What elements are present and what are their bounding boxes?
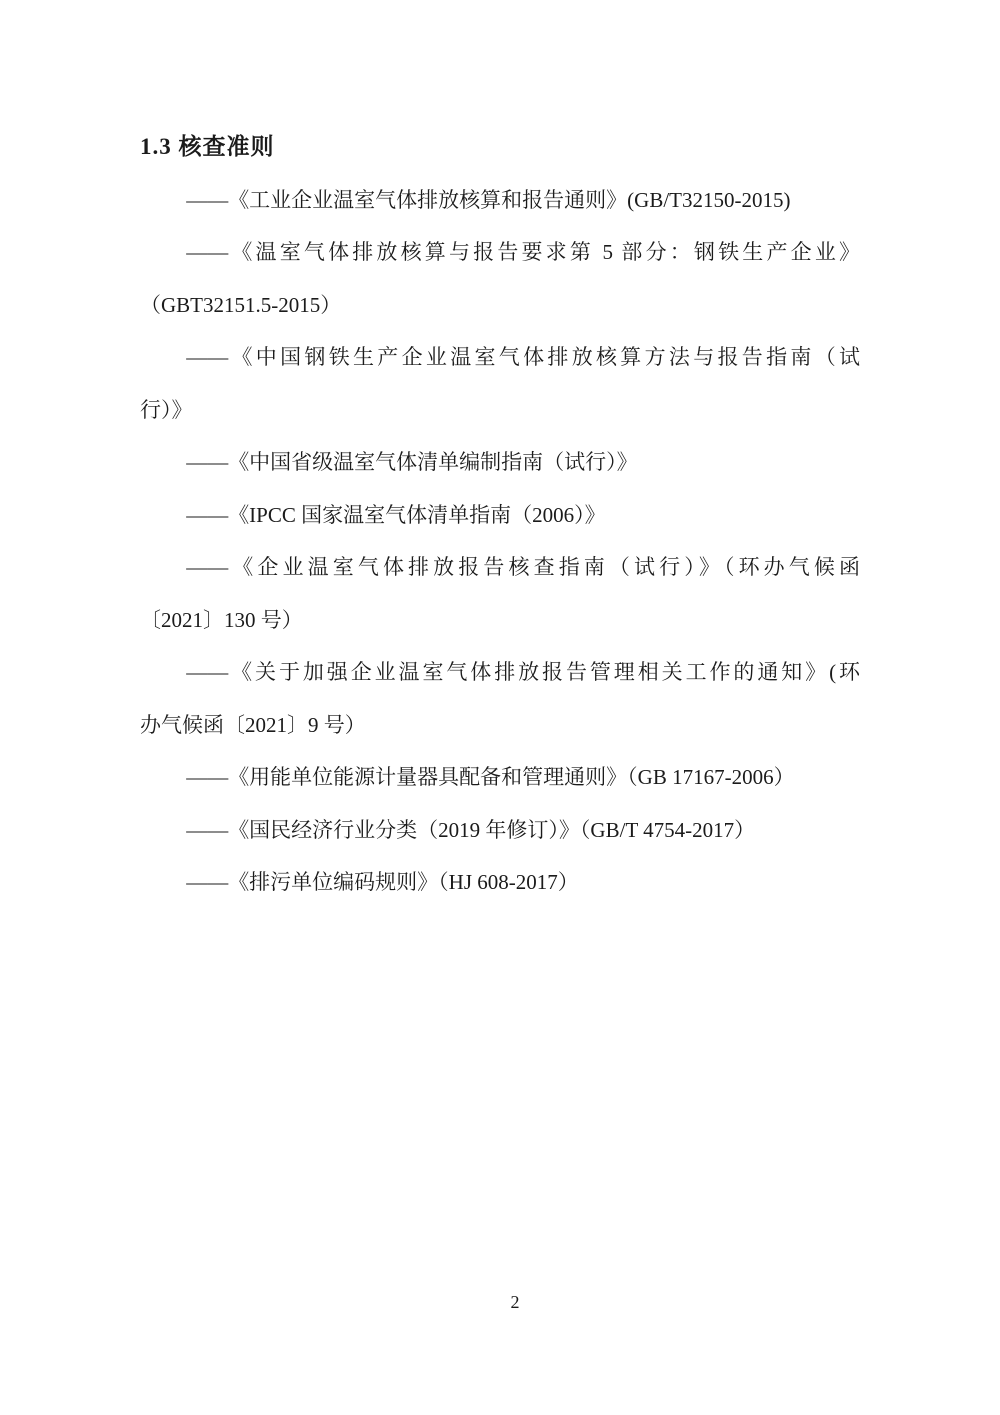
reference-line: ——《IPCC 国家温室气体清单指南（2006）》	[140, 489, 860, 542]
reference-line: ——《排污单位编码规则》（HJ 608-2017）	[140, 856, 860, 909]
reference-line: ——《企业温室气体排放报告核查指南（试行）》（环办气候函	[140, 541, 860, 594]
reference-line: ——《温室气体排放核算与报告要求第 5 部分：钢铁生产企业》	[140, 226, 860, 279]
reference-line: ——《工业企业温室气体排放核算和报告通则》(GB/T32150-2015)	[140, 174, 860, 227]
reference-line: ——《用能单位能源计量器具配备和管理通则》（GB 17167-2006）	[140, 751, 860, 804]
reference-line: 办气候函〔2021〕9 号）	[140, 699, 860, 752]
reference-line: ——《中国省级温室气体清单编制指南（试行）》	[140, 436, 860, 489]
reference-line: （GBT32151.5-2015）	[140, 279, 860, 332]
reference-line: 行）》	[140, 384, 860, 437]
document-page: 1.3 核查准则 ——《工业企业温室气体排放核算和报告通则》(GB/T32150…	[0, 0, 1000, 1415]
page-number: 2	[511, 1292, 520, 1312]
reference-line: ——《中国钢铁生产企业温室气体排放核算方法与报告指南（试	[140, 331, 860, 384]
section-heading: 1.3 核查准则	[140, 121, 860, 174]
reference-list: ——《工业企业温室气体排放核算和报告通则》(GB/T32150-2015)——《…	[140, 174, 860, 909]
reference-line: ——《国民经济行业分类（2019 年修订）》（GB/T 4754-2017）	[140, 804, 860, 857]
reference-line: ——《关于加强企业温室气体排放报告管理相关工作的通知》(环	[140, 646, 860, 699]
reference-line: 〔2021〕130 号）	[140, 594, 860, 647]
page-footer: 2	[30, 1292, 1000, 1313]
